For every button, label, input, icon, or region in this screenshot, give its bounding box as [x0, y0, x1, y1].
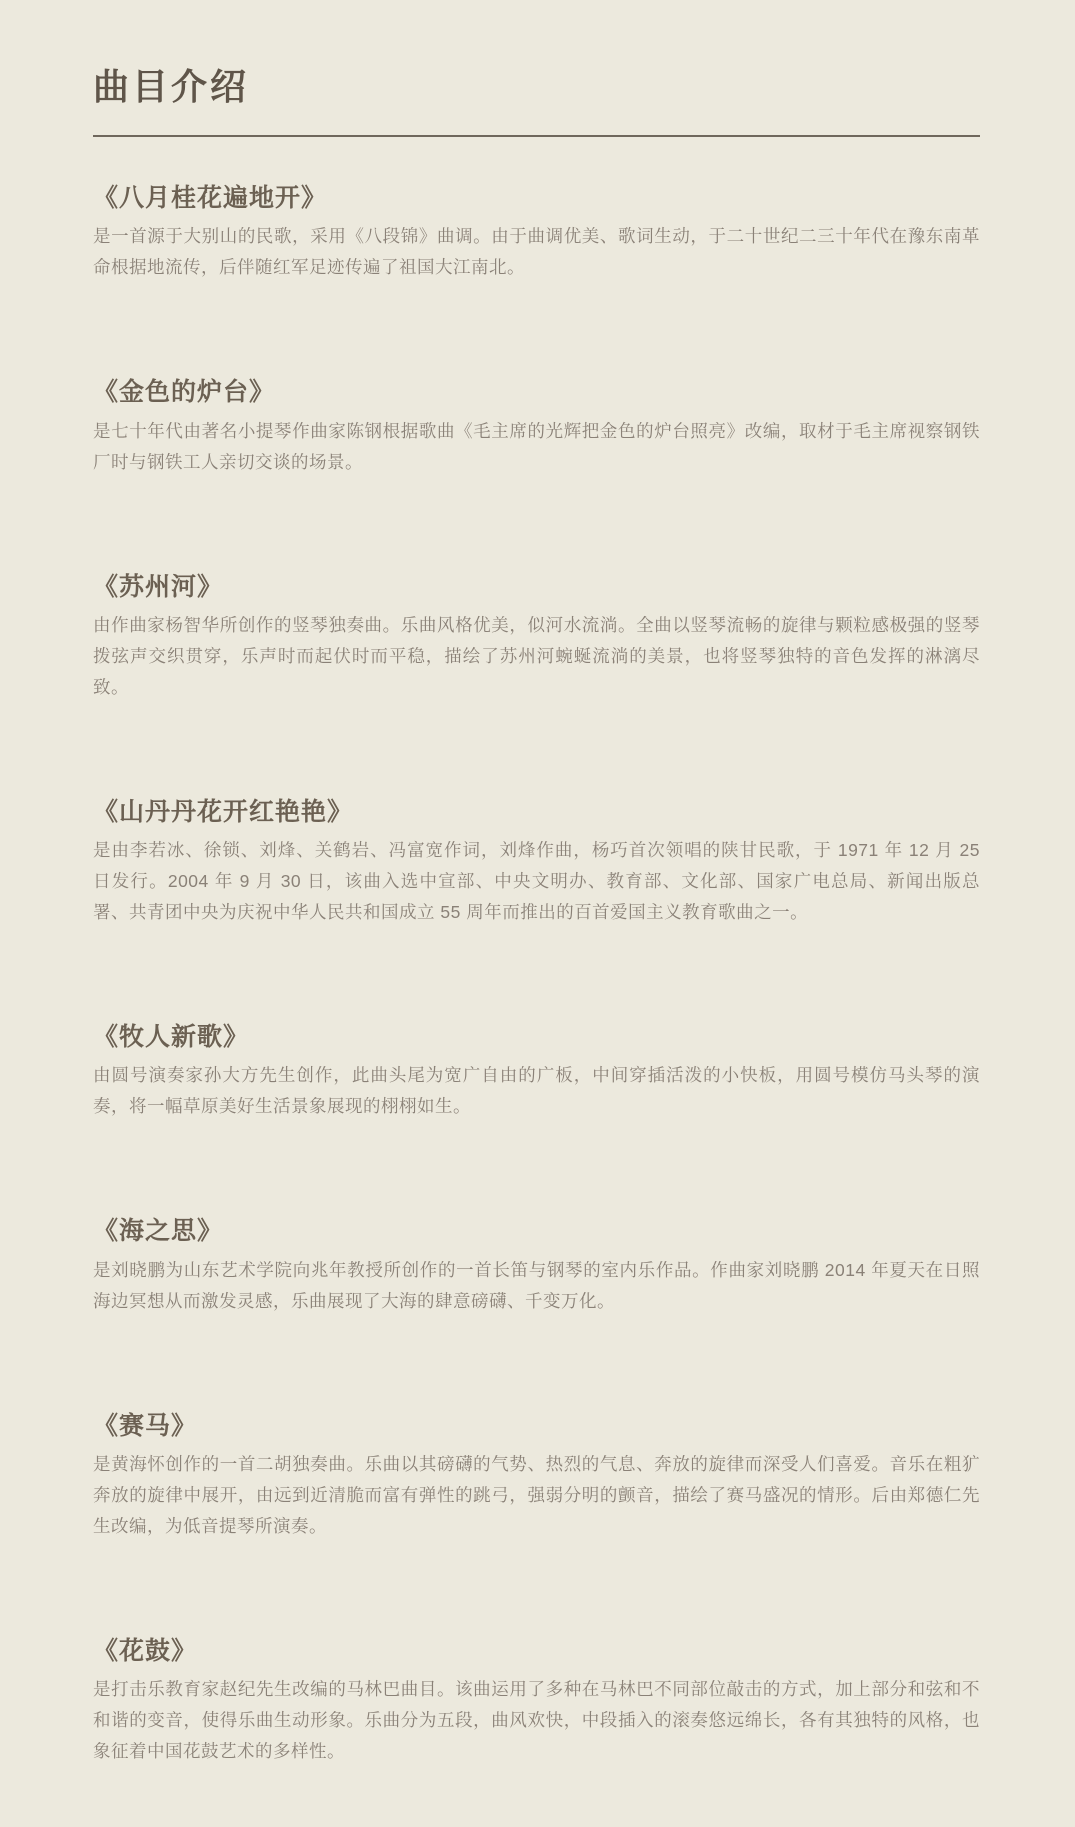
track-title: 《花鼓》 — [93, 1636, 980, 1667]
track-title: 《八月桂花遍地开》 — [93, 183, 980, 214]
track-description: 由圆号演奏家孙大方先生创作，此曲头尾为宽广自由的广板，中间穿插活泼的小快板，用圆… — [93, 1060, 980, 1122]
track-description: 是由李若冰、徐锁、刘烽、关鹤岩、冯富宽作词，刘烽作曲，杨巧首次领唱的陕甘民歌，于… — [93, 835, 980, 928]
track-title: 《赛马》 — [93, 1411, 980, 1442]
track-description: 是一首源于大别山的民歌，采用《八段锦》曲调。由于曲调优美、歌词生动，于二十世纪二… — [93, 221, 980, 283]
track-section: 《赛马》 是黄海怀创作的一首二胡独奏曲。乐曲以其磅礴的气势、热烈的气息、奔放的旋… — [93, 1411, 980, 1542]
track-section: 《花鼓》 是打击乐教育家赵纪先生改编的马林巴曲目。该曲运用了多种在马林巴不同部位… — [93, 1636, 980, 1767]
title-divider — [93, 135, 980, 137]
track-section: 《苏州河》 由作曲家杨智华所创作的竖琴独奏曲。乐曲风格优美，似河水流淌。全曲以竖… — [93, 572, 980, 703]
track-title: 《金色的炉台》 — [93, 377, 980, 408]
track-section: 《牧人新歌》 由圆号演奏家孙大方先生创作，此曲头尾为宽广自由的广板，中间穿插活泼… — [93, 1022, 980, 1122]
track-description: 是刘晓鹏为山东艺术学院向兆年教授所创作的一首长笛与钢琴的室内乐作品。作曲家刘晓鹏… — [93, 1255, 980, 1317]
track-sections: 《八月桂花遍地开》 是一首源于大别山的民歌，采用《八段锦》曲调。由于曲调优美、歌… — [93, 183, 980, 1767]
track-title: 《海之思》 — [93, 1216, 980, 1247]
track-section: 《八月桂花遍地开》 是一首源于大别山的民歌，采用《八段锦》曲调。由于曲调优美、歌… — [93, 183, 980, 283]
track-title: 《牧人新歌》 — [93, 1022, 980, 1053]
track-title: 《山丹丹花开红艳艳》 — [93, 797, 980, 828]
track-description: 是打击乐教育家赵纪先生改编的马林巴曲目。该曲运用了多种在马林巴不同部位敲击的方式… — [93, 1674, 980, 1767]
track-description: 是七十年代由著名小提琴作曲家陈钢根据歌曲《毛主席的光辉把金色的炉台照亮》改编，取… — [93, 416, 980, 478]
page-title: 曲目介绍 — [93, 66, 980, 109]
track-description: 由作曲家杨智华所创作的竖琴独奏曲。乐曲风格优美，似河水流淌。全曲以竖琴流畅的旋律… — [93, 610, 980, 703]
track-description: 是黄海怀创作的一首二胡独奏曲。乐曲以其磅礴的气势、热烈的气息、奔放的旋律而深受人… — [93, 1449, 980, 1542]
program-notes-page: 曲目介绍 《八月桂花遍地开》 是一首源于大别山的民歌，采用《八段锦》曲调。由于曲… — [0, 0, 1075, 1827]
track-section: 《山丹丹花开红艳艳》 是由李若冰、徐锁、刘烽、关鹤岩、冯富宽作词，刘烽作曲，杨巧… — [93, 797, 980, 928]
track-title: 《苏州河》 — [93, 572, 980, 603]
track-section: 《海之思》 是刘晓鹏为山东艺术学院向兆年教授所创作的一首长笛与钢琴的室内乐作品。… — [93, 1216, 980, 1316]
track-section: 《金色的炉台》 是七十年代由著名小提琴作曲家陈钢根据歌曲《毛主席的光辉把金色的炉… — [93, 377, 980, 477]
